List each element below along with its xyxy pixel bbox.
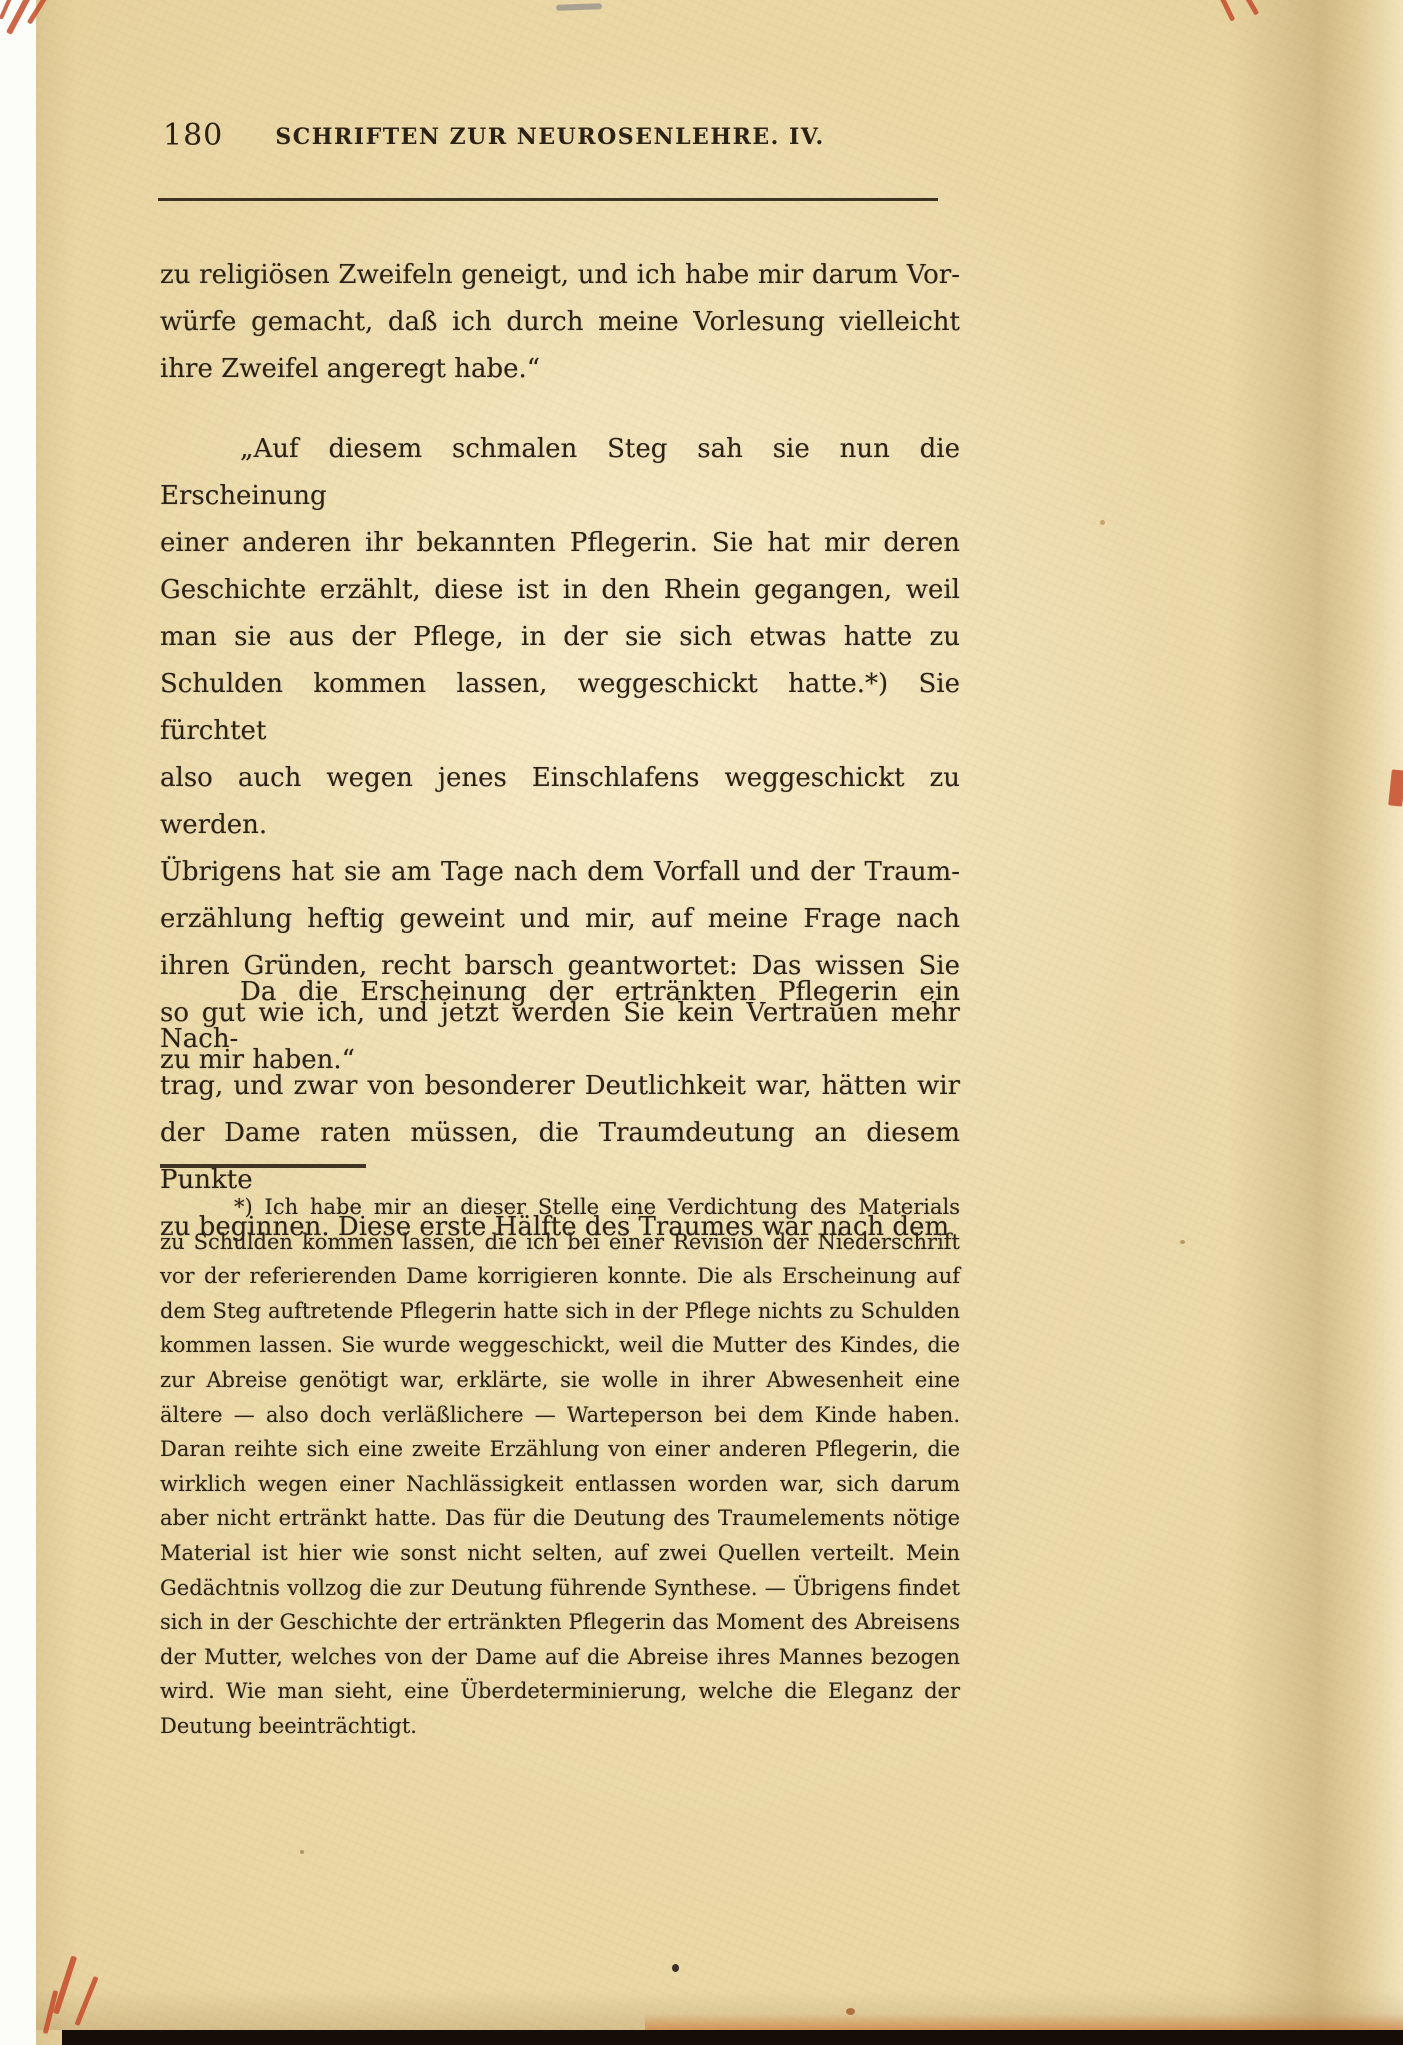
paper-speck (1100, 520, 1105, 525)
text-line: Schulden kommen lassen, weggeschickt hat… (160, 661, 960, 755)
text-line: zur Abreise genötigt war, erklärte, sie … (160, 1363, 960, 1398)
text-line: wirklich wegen einer Nachlässigkeit entl… (160, 1467, 960, 1502)
text-line: sich in der Geschichte der ertränkten Pf… (160, 1605, 960, 1640)
text-line: Gedächtnis vollzog die zur Deutung führe… (160, 1571, 960, 1606)
text-line: man sie aus der Pflege, in der sie sich … (160, 614, 960, 661)
text-line: zu religiösen Zweifeln geneigt, und ich … (160, 252, 960, 299)
page-curl-shadow-right (1228, 0, 1403, 2045)
text-line: der Mutter, welches von der Dame auf die… (160, 1640, 960, 1675)
text-line: *) Ich habe mir an dieser Stelle eine Ve… (160, 1190, 960, 1225)
header-rule (158, 198, 938, 201)
running-head: SCHRIFTEN ZUR NEUROSENLEHRE. IV. (160, 124, 940, 150)
text-line: „Auf diesem schmalen Steg sah sie nun di… (160, 426, 960, 520)
grey-dash-top (556, 3, 602, 11)
paper-speck (672, 1964, 679, 1972)
text-line: aber nicht ertränkt hatte. Das für die D… (160, 1501, 960, 1536)
text-line: trag, und zwar von besonderer Deutlichke… (160, 1063, 960, 1110)
scan-margin-left (0, 0, 36, 2045)
footnote: *) Ich habe mir an dieser Stelle eine Ve… (160, 1190, 960, 1744)
paper-speck (300, 1850, 304, 1854)
text-line: Deutung beeinträchtigt. (160, 1709, 960, 1744)
text-line: zu Schulden kommen lassen, die ich bei e… (160, 1225, 960, 1260)
text-line: also auch wegen jenes Einschlafens wegge… (160, 755, 960, 849)
book-edge-bar-bottom (62, 2030, 1403, 2045)
text-line: ältere — also doch verläßlichere — Warte… (160, 1398, 960, 1433)
footnote-separator-rule (160, 1164, 366, 1168)
text-line: einer anderen ihr bekannten Pflegerin. S… (160, 520, 960, 567)
text-line: erzählung heftig geweint und mir, auf me… (160, 896, 960, 943)
body-paragraph: zu religiösen Zweifeln geneigt, und ich … (160, 252, 960, 393)
text-line: Geschichte erzählt, diese ist in den Rhe… (160, 567, 960, 614)
red-edge-mark-right (1388, 769, 1403, 806)
scanned-book-page: 180 SCHRIFTEN ZUR NEUROSENLEHRE. IV. zu … (0, 0, 1403, 2045)
text-line: ihre Zweifel angeregt habe.“ (160, 346, 960, 393)
paper-speck (846, 2008, 855, 2015)
text-line: wird. Wie man sieht, eine Überdeterminie… (160, 1674, 960, 1709)
text-line: vor der referierenden Dame korrigieren k… (160, 1259, 960, 1294)
text-line: Daran reihte sich eine zweite Erzählung … (160, 1432, 960, 1467)
text-line: Material ist hier wie sonst nicht selten… (160, 1536, 960, 1571)
text-line: würfe gemacht, daß ich durch meine Vorle… (160, 299, 960, 346)
text-line: dem Steg auftretende Pflegerin hatte sic… (160, 1294, 960, 1329)
paper-speck (1180, 1240, 1185, 1244)
bottom-edge-red-tint (645, 2014, 1403, 2031)
text-line: Da die Erscheinung der ertränkten Pflege… (160, 969, 960, 1063)
text-line: Übrigens hat sie am Tage nach dem Vorfal… (160, 849, 960, 896)
page-gutter-shade-left (36, 0, 76, 2045)
text-line: kommen lassen. Sie wurde weggeschickt, w… (160, 1328, 960, 1363)
